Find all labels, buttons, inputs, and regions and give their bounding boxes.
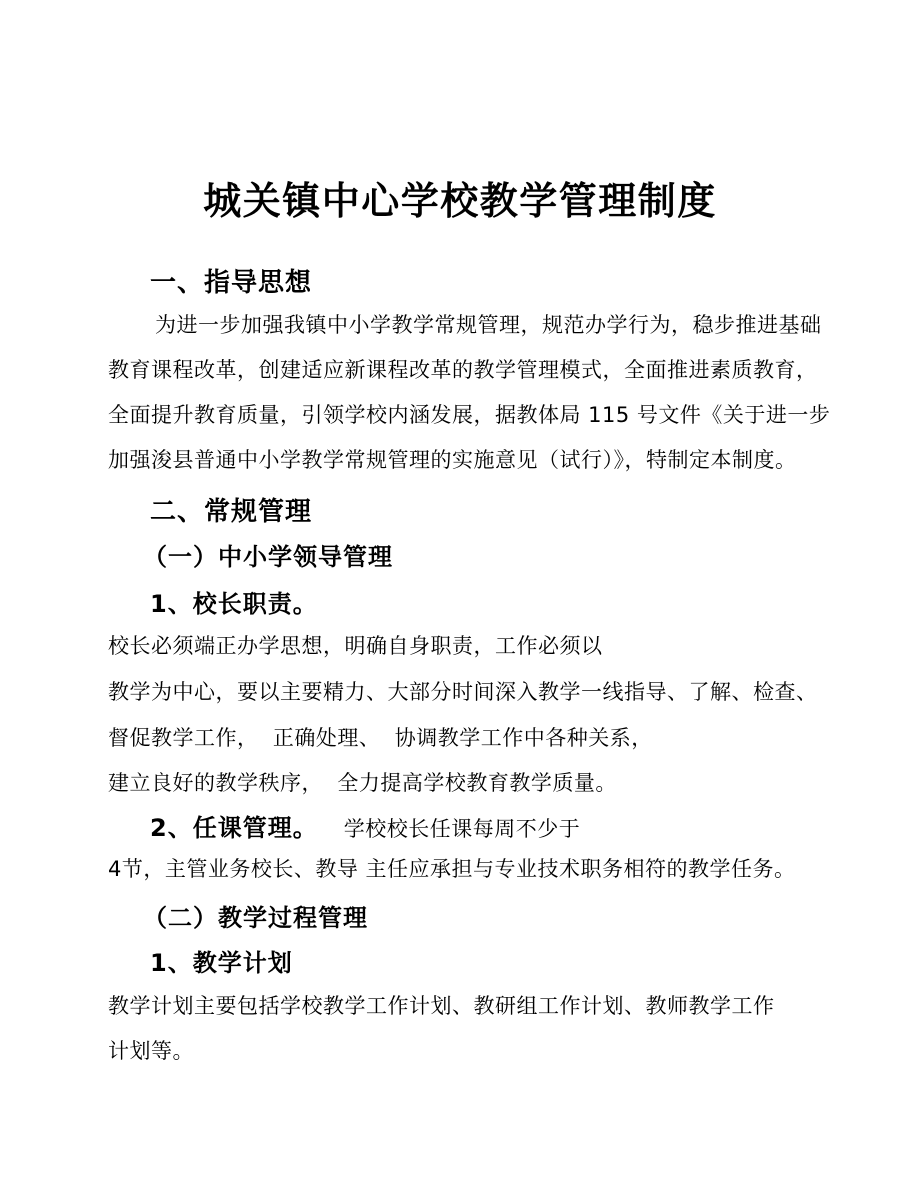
section-heading-1: 一、指导思想 <box>150 262 312 299</box>
paragraph-line: 全面提升教育质量，引领学校内涵发展，据教体局 115 号文件《关于进一步 <box>108 399 838 429</box>
paragraph-line: 加强浚县普通中小学教学常规管理的实施意见（试行）》，特制定本制度。 <box>108 444 838 474</box>
inline-body-text: 学校校长任课每周不少于 <box>344 817 581 841</box>
paragraph-line: 校长必须端正办学思想，明确自身职责，工作必须以 <box>108 630 838 660</box>
paragraph-line: 计划等。 <box>108 1035 838 1065</box>
subsection-heading-2-1: （一）中小学领导管理 <box>143 537 393 572</box>
document-title: 城关镇中心学校教学管理制度 <box>0 170 920 225</box>
paragraph-line: 教学为中心，要以主要精力、大部分时间深入教学一线指导、了解、检查、 <box>108 676 838 706</box>
item-heading-principal-duty: 1、校长职责。 <box>150 584 318 619</box>
paragraph-line: 建立良好的教学秩序， 全力提高学校教育教学质量。 <box>108 767 838 797</box>
subsection-heading-2-2: （二）教学过程管理 <box>143 898 368 933</box>
paragraph-line: 督促教学工作， 正确处理、 协调教学工作中各种关系， <box>108 722 838 752</box>
document-page: 城关镇中心学校教学管理制度 一、指导思想 为进一步加强我镇中小学教学常规管理，规… <box>0 0 920 1192</box>
paragraph-line: 为进一步加强我镇中小学教学常规管理，规范办学行为，稳步推进基础 <box>108 309 838 339</box>
section-heading-2: 二、常规管理 <box>150 491 312 528</box>
paragraph-line: 教育课程改革，创建适应新课程改革的教学管理模式，全面推进素质教育， <box>108 354 838 384</box>
item-heading-teaching-plan: 1、教学计划 <box>150 943 293 978</box>
item-heading-label: 2、任课管理。 <box>150 814 318 842</box>
paragraph-line: 4节，主管业务校长、教导 主任应承担与专业技术职务相符的教学任务。 <box>108 853 838 883</box>
item-heading-teaching-assignment: 2、任课管理。学校校长任课每周不少于 <box>150 808 580 843</box>
paragraph-line: 教学计划主要包括学校教学工作计划、教研组工作计划、教师教学工作 <box>108 990 838 1020</box>
